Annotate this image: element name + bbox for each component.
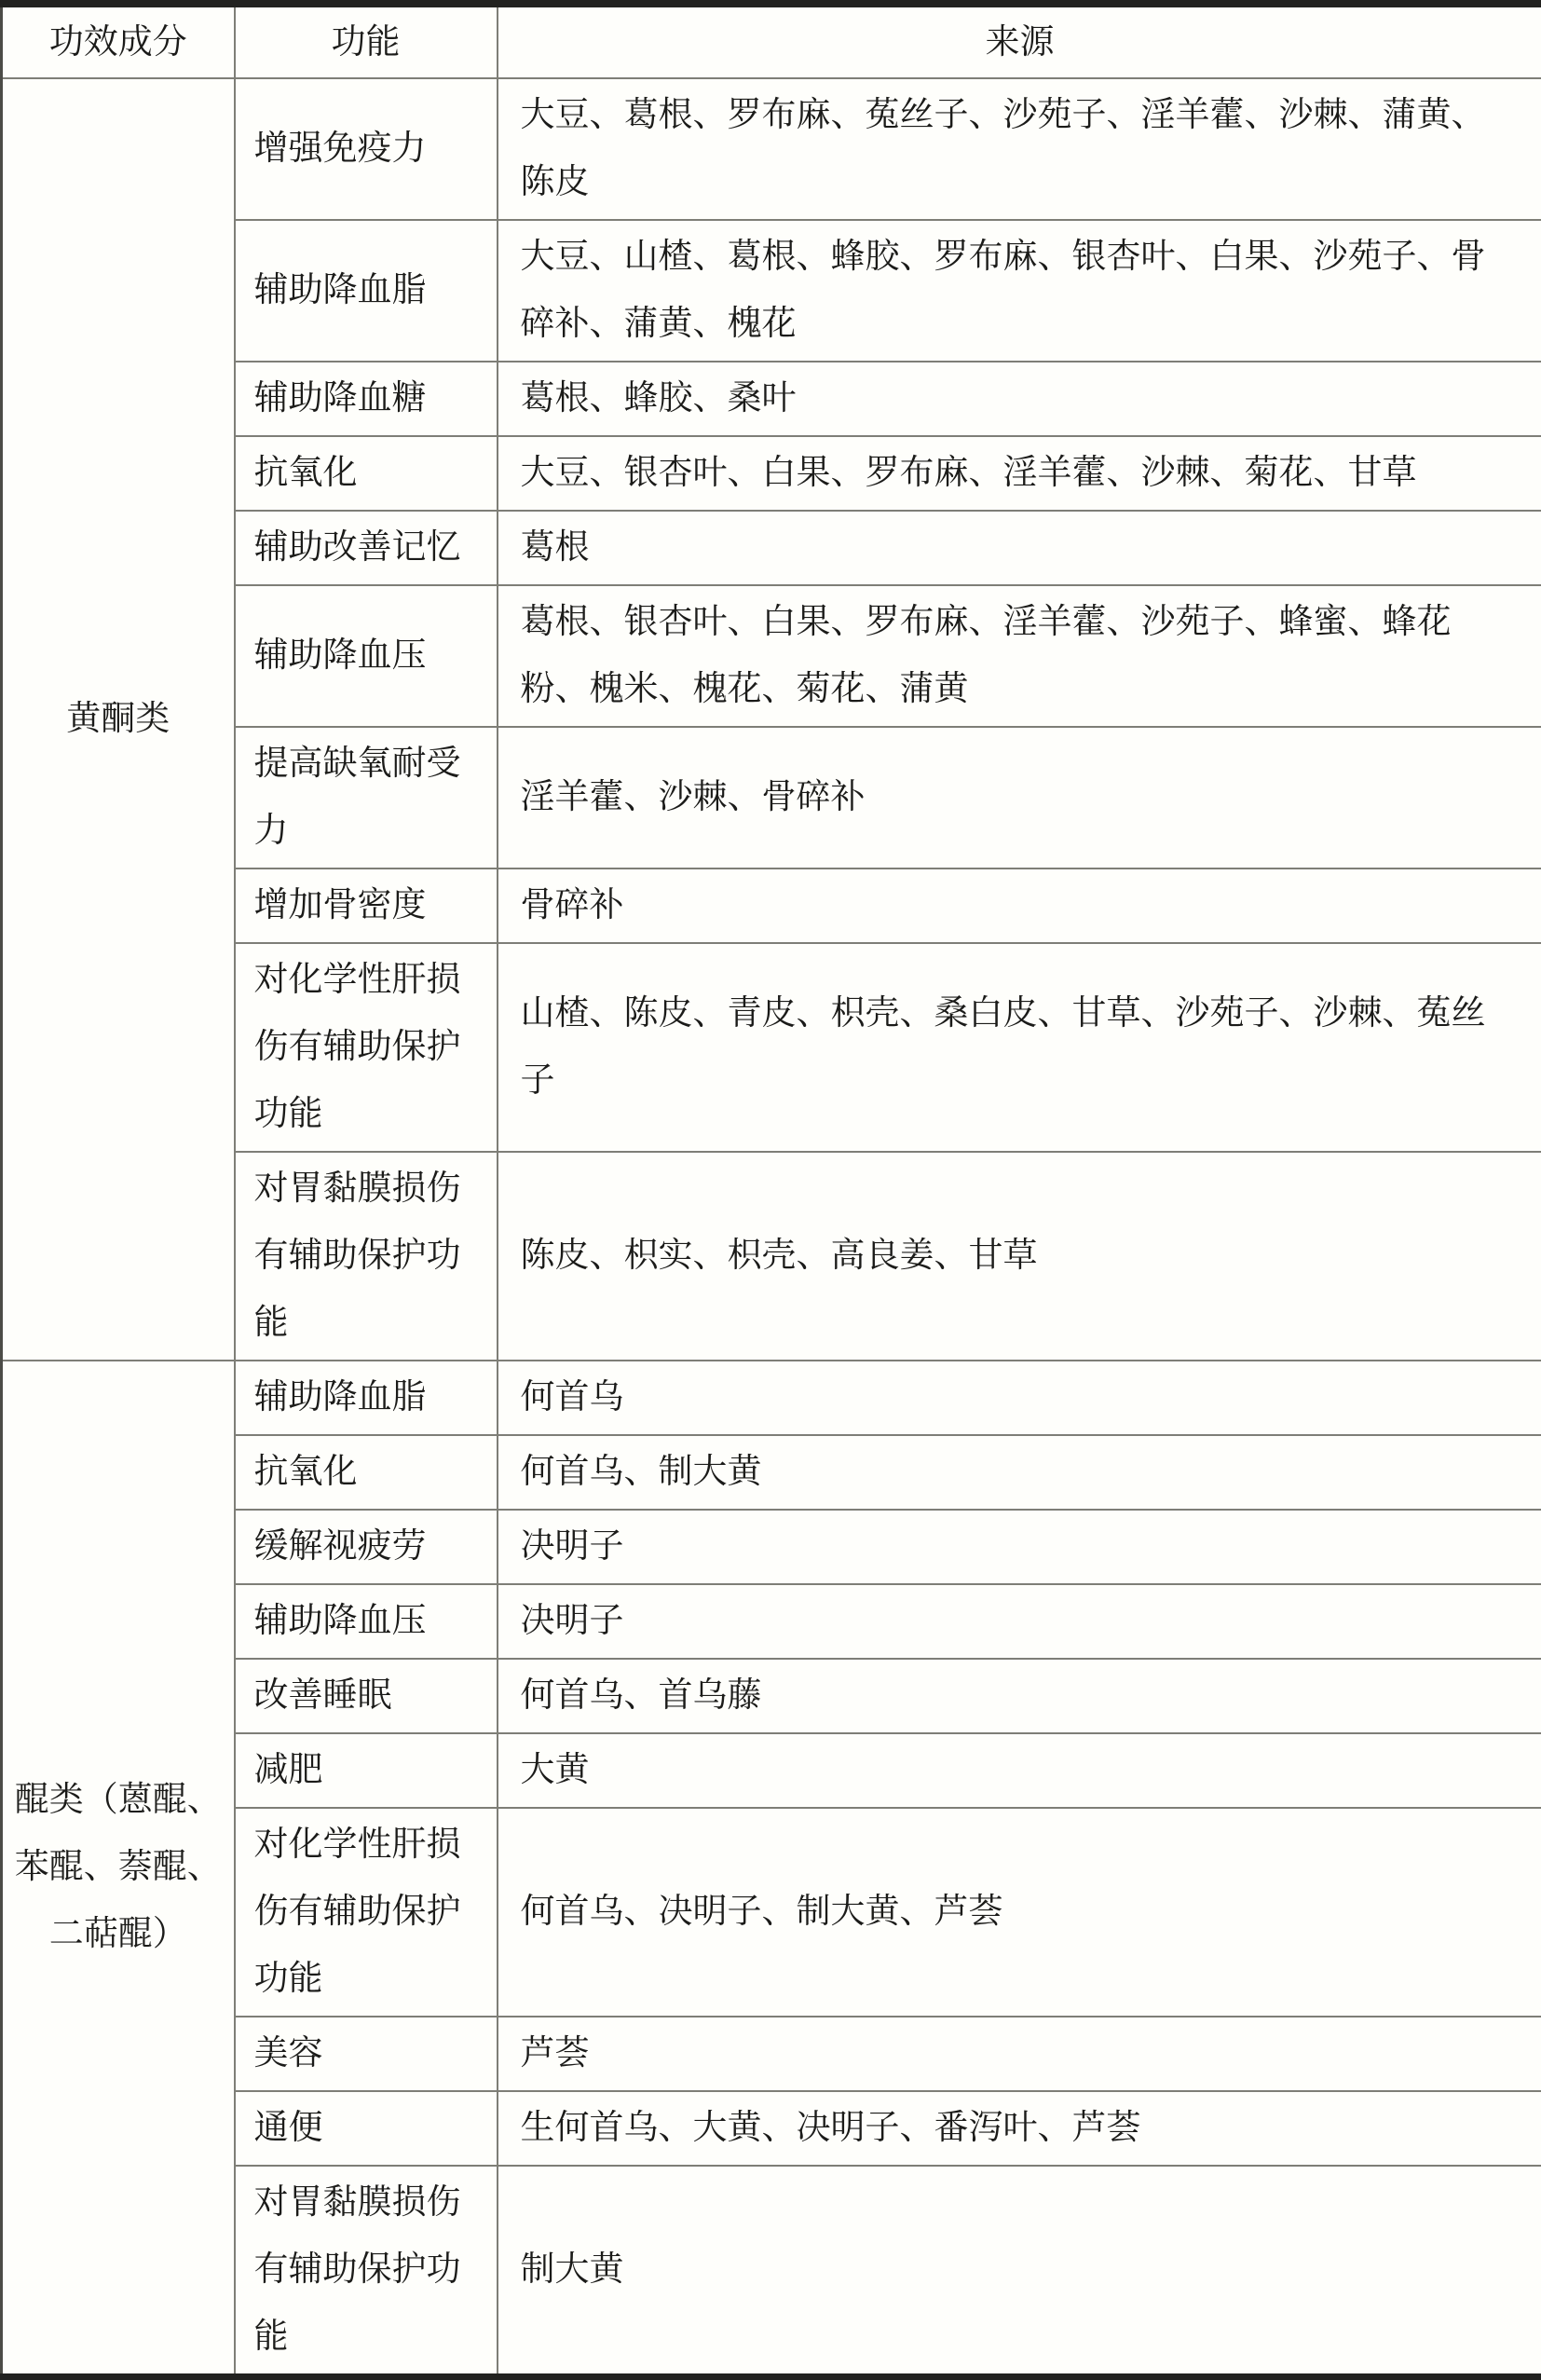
source-cell: 淫羊藿、沙棘、骨碎补 — [498, 727, 1541, 869]
source-cell: 决明子 — [498, 1510, 1541, 1584]
source-cell: 决明子 — [498, 1584, 1541, 1659]
function-cell: 抗氧化 — [235, 1435, 498, 1510]
source-cell: 骨碎补 — [498, 869, 1541, 943]
source-cell: 何首乌、决明子、制大黄、芦荟 — [498, 1808, 1541, 2017]
table-row: 黄酮类增强免疫力大豆、葛根、罗布麻、菟丝子、沙苑子、淫羊藿、沙棘、蒲黄、陈皮 — [2, 78, 1541, 220]
source-cell: 大豆、山楂、葛根、蜂胶、罗布麻、银杏叶、白果、沙苑子、骨碎补、蒲黄、槐花 — [498, 220, 1541, 362]
source-cell: 山楂、陈皮、青皮、枳壳、桑白皮、甘草、沙苑子、沙棘、菟丝子 — [498, 943, 1541, 1152]
function-cell: 对胃黏膜损伤有辅助保护功能 — [235, 1152, 498, 1361]
ingredient-function-source-table: 功效成分 功能 来源 黄酮类增强免疫力大豆、葛根、罗布麻、菟丝子、沙苑子、淫羊藿… — [0, 0, 1541, 2380]
source-cell: 大豆、葛根、罗布麻、菟丝子、沙苑子、淫羊藿、沙棘、蒲黄、陈皮 — [498, 78, 1541, 220]
function-cell: 辅助降血脂 — [235, 1361, 498, 1435]
source-cell: 制大黄 — [498, 2166, 1541, 2377]
source-cell: 葛根、银杏叶、白果、罗布麻、淫羊藿、沙苑子、蜂蜜、蜂花粉、槐米、槐花、菊花、蒲黄 — [498, 585, 1541, 727]
function-cell: 辅助降血糖 — [235, 362, 498, 436]
table-body: 黄酮类增强免疫力大豆、葛根、罗布麻、菟丝子、沙苑子、淫羊藿、沙棘、蒲黄、陈皮辅助… — [2, 78, 1541, 2377]
source-cell: 大黄 — [498, 1733, 1541, 1808]
function-cell: 提高缺氧耐受力 — [235, 727, 498, 869]
source-cell: 陈皮、枳实、枳壳、高良姜、甘草 — [498, 1152, 1541, 1361]
function-cell: 增加骨密度 — [235, 869, 498, 943]
function-cell: 增强免疫力 — [235, 78, 498, 220]
component-group-cell: 黄酮类 — [2, 78, 235, 1361]
function-cell: 改善睡眠 — [235, 1659, 498, 1733]
header-row: 功效成分 功能 来源 — [2, 4, 1541, 78]
component-group-cell: 醌类（蒽醌、苯醌、萘醌、二萜醌） — [2, 1361, 235, 2377]
function-cell: 对胃黏膜损伤有辅助保护功能 — [235, 2166, 498, 2377]
function-cell: 减肥 — [235, 1733, 498, 1808]
function-cell: 辅助改善记忆 — [235, 511, 498, 585]
function-cell: 对化学性肝损伤有辅助保护功能 — [235, 1808, 498, 2017]
source-cell: 生何首乌、大黄、决明子、番泻叶、芦荟 — [498, 2091, 1541, 2166]
col-header-source: 来源 — [498, 4, 1541, 78]
table-row: 醌类（蒽醌、苯醌、萘醌、二萜醌）辅助降血脂何首乌 — [2, 1361, 1541, 1435]
function-cell: 辅助降血脂 — [235, 220, 498, 362]
function-cell: 缓解视疲劳 — [235, 1510, 498, 1584]
function-cell: 抗氧化 — [235, 436, 498, 511]
col-header-function: 功能 — [235, 4, 498, 78]
function-cell: 美容 — [235, 2017, 498, 2091]
function-cell: 辅助降血压 — [235, 1584, 498, 1659]
table-header-row: 功效成分 功能 来源 — [2, 4, 1541, 78]
source-cell: 葛根、蜂胶、桑叶 — [498, 362, 1541, 436]
source-cell: 芦荟 — [498, 2017, 1541, 2091]
source-cell: 大豆、银杏叶、白果、罗布麻、淫羊藿、沙棘、菊花、甘草 — [498, 436, 1541, 511]
source-cell: 葛根 — [498, 511, 1541, 585]
source-cell: 何首乌 — [498, 1361, 1541, 1435]
source-cell: 何首乌、首乌藤 — [498, 1659, 1541, 1733]
col-header-component: 功效成分 — [2, 4, 235, 78]
function-cell: 辅助降血压 — [235, 585, 498, 727]
function-cell: 对化学性肝损伤有辅助保护功能 — [235, 943, 498, 1152]
function-cell: 通便 — [235, 2091, 498, 2166]
source-cell: 何首乌、制大黄 — [498, 1435, 1541, 1510]
